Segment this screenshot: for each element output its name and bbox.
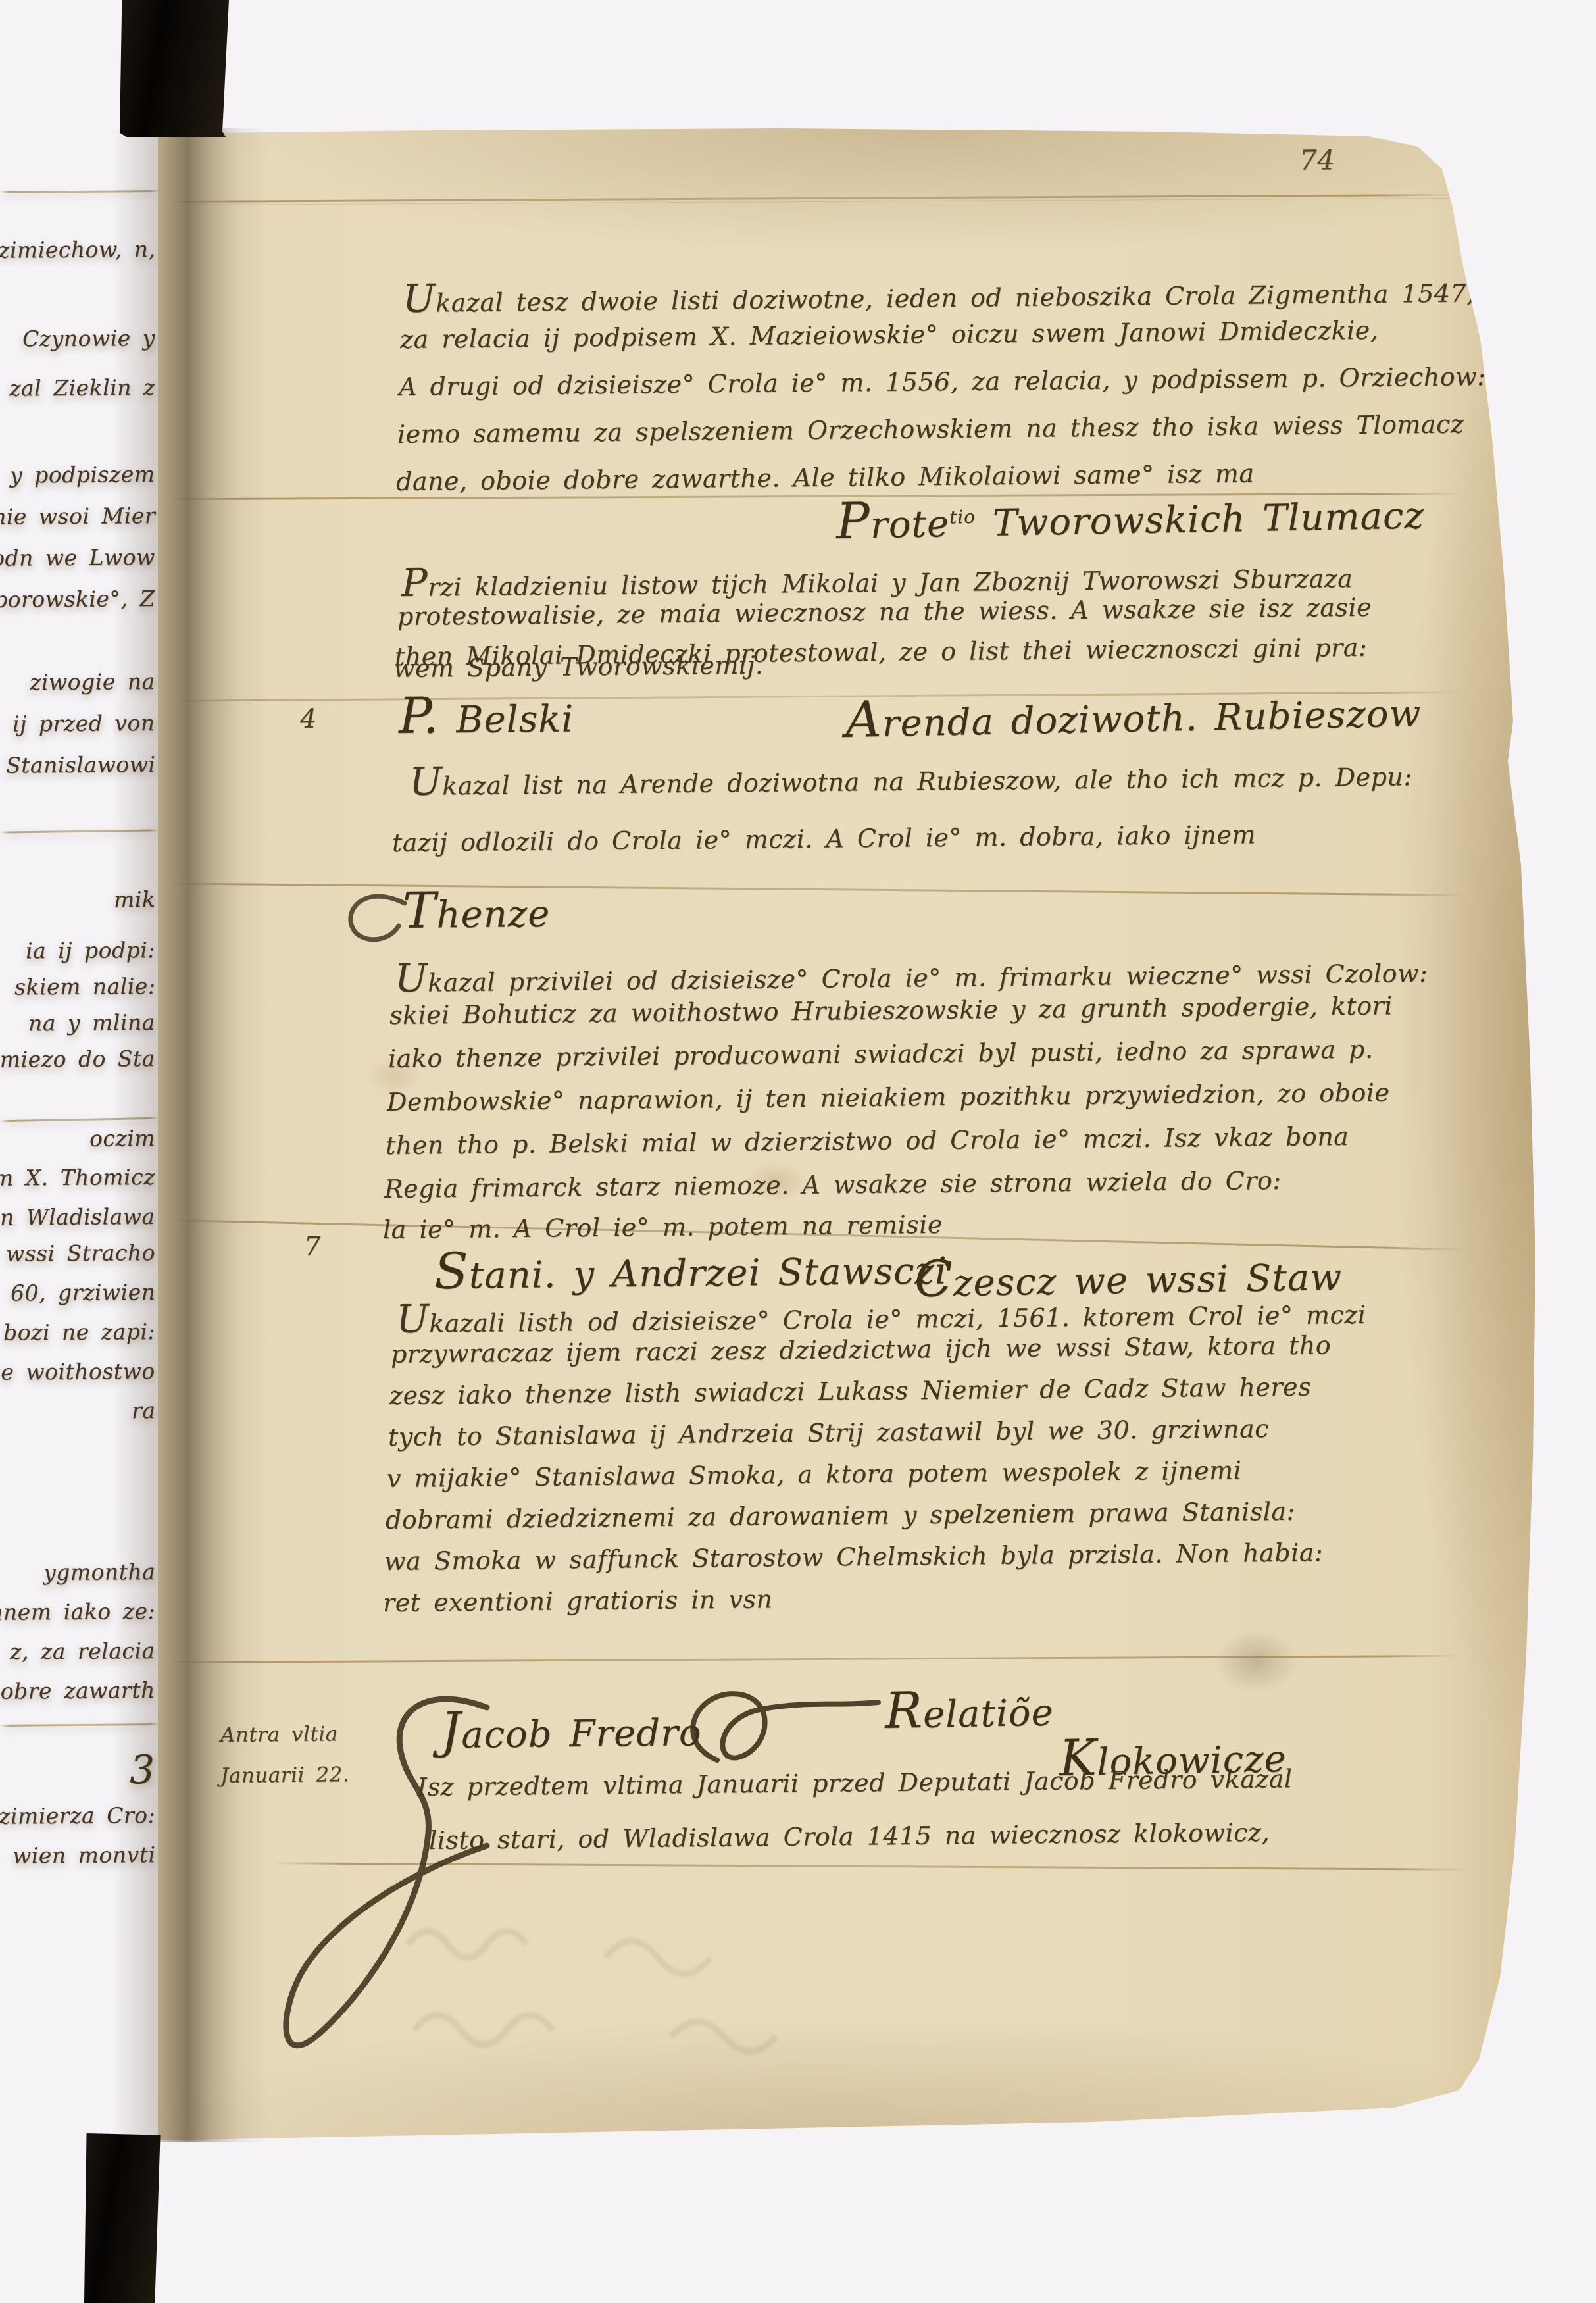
manuscript-line: zesz iako thenze listh swiadczi Lukass N…: [389, 1375, 1311, 1408]
manuscript-line: Stanislawowi: [5, 753, 155, 776]
manuscript-line: la ie° m. A Crol ie° m. potem na remisie: [383, 1212, 943, 1242]
entry-heading: Thenze: [403, 885, 551, 936]
manuscript-line: y podpiszem: [10, 463, 155, 486]
entry-heading: Stani. y Andrzei Stawsczi: [434, 1242, 948, 1297]
manuscript-line: Isz przedtem vltima Januarii przed Deput…: [417, 1766, 1293, 1800]
manuscript-line: skiem nalie:: [14, 975, 155, 998]
manuscript-line: v mijakie° Stanislawa Smoka, a ktora pot…: [387, 1458, 1242, 1491]
book-strap-bottom: [84, 2133, 162, 2303]
ruled-separator: [0, 829, 159, 833]
manuscript-line: wem Spany Tworowskiemij.: [393, 653, 764, 681]
ruled-separator: [164, 882, 1464, 896]
manuscript-line: iemo samemu za spelszeniem Orzechowskiem…: [397, 411, 1464, 447]
manuscript-line: dobrami dziedziznemi za darowaniem y spe…: [386, 1499, 1295, 1532]
manuscript-line: bozi ne zapi:: [3, 1321, 155, 1344]
manuscript-line: ie dobre zawarth: [0, 1679, 155, 1702]
ruled-separator: [0, 190, 159, 193]
manuscript-line: ret exentioni gratioris in vsn: [383, 1586, 773, 1615]
manuscript-line: na y mlina: [28, 1011, 155, 1034]
margin-entry-number: 7: [304, 1234, 321, 1260]
manuscript-line: skiei Bohuticz za woithostwo Hrubieszows…: [389, 993, 1393, 1028]
manuscript-line: then tho p. Belski mial w dzierzistwo od…: [386, 1124, 1349, 1158]
entry-heading: Jacob Fredro: [441, 1704, 702, 1756]
manuscript-line: ssem X. Thomicz: [0, 1166, 155, 1189]
heading-text: Prote: [836, 503, 950, 547]
ruled-separator: [270, 1862, 1467, 1871]
manuscript-line: ziwogie na: [30, 671, 155, 693]
entry-heading: oczim: [89, 1127, 155, 1150]
manuscript-line: Czynowie y: [22, 327, 155, 349]
manuscript-line: tych to Stanislawa ij Andrzeia Strij zas…: [388, 1416, 1269, 1450]
manuscript-line: ygmontha: [43, 1561, 156, 1583]
manuscript-line: Ukazal tesz dwoie listi doziwotne, ieden…: [403, 269, 1475, 318]
book-strap-top: [120, 0, 229, 137]
manuscript-line: ia ij podpi:: [26, 939, 155, 961]
manuscript-line: zimierza Cro:: [0, 1804, 155, 1827]
margin-entry-number: 4: [300, 706, 317, 732]
ruled-separator: [0, 1723, 159, 1727]
entry-heading: mik: [114, 888, 156, 910]
heading-abbreviation: tio: [949, 506, 976, 528]
bleed-through-ghost: [395, 1905, 987, 2076]
ruled-separator: [0, 1117, 159, 1123]
manuscript-line: Dembowskie° naprawion, ij ten nieiakiem …: [387, 1080, 1390, 1115]
manuscript-line: dane, oboie dobre zawarthe. Ale tilko Mi…: [396, 461, 1255, 494]
manuscript-line: zal Zieklin z: [9, 376, 155, 399]
manuscript-line: Ukazal przivilei od dzisieisze° Crola ie…: [395, 949, 1428, 998]
manuscript-line: porowskie°, Z: [0, 588, 155, 611]
manuscript-line: 60, grziwien: [10, 1281, 155, 1304]
manuscript-line: wien monvti: [12, 1844, 155, 1867]
manuscript-line: A drugi od dzisieisze° Crola ie° m. 1556…: [399, 364, 1486, 399]
manuscript-line: toxe woithostwo: [0, 1360, 155, 1383]
ruled-separator: [164, 1655, 1460, 1663]
manuscript-line: iako thenze przivilei producowani swiadc…: [388, 1037, 1374, 1071]
manuscript-line: ra: [131, 1400, 155, 1421]
manuscript-line: Regia frimarck starz niemoze. A wsakze s…: [384, 1168, 1282, 1202]
manuscript-line: tazij odlozili do Crola ie° mczi. A Crol…: [392, 822, 1256, 855]
manuscript-line: nie wsoi Mier: [0, 505, 155, 528]
entry-heading: P. Belski: [399, 690, 574, 741]
manuscript-line: za relacia ij podpisem X. Mazieiowskie° …: [400, 318, 1379, 352]
flourish-glyph: 3: [130, 1750, 155, 1790]
ruled-separator: [164, 194, 1454, 203]
folio-number: 74: [1299, 146, 1335, 174]
heading-text: Tworowskich Tlumacz: [976, 494, 1425, 545]
manuscript-line: odn we Lwow: [0, 546, 155, 569]
left-page-fragment: zimiechow, n, Czynowie y zal Zieklin z y…: [0, 128, 159, 2112]
manuscript-line: n miezo do Sta: [0, 1048, 155, 1071]
right-page: 74 Ukazal tesz dwoie listi doziwotne, ie…: [158, 128, 1539, 2142]
margin-date-note: Januarii 22.: [220, 1765, 349, 1786]
manuscript-line: i ij przed von: [0, 712, 155, 735]
manuscript-line: wa Smoka w saffunck Starostow Chelmskich…: [384, 1540, 1324, 1574]
manuscript-line: na wssi Stracho: [0, 1242, 155, 1265]
manuscript-line: listo stari, od Wladislawa Crola 1415 na…: [429, 1820, 1270, 1853]
entry-subject-heading: Arenda doziwoth. Rubieszow: [845, 684, 1422, 745]
scanned-manuscript-screenshot: { "document": { "kind": "handwritten man…: [0, 0, 1596, 2303]
manuscript-line: n Wladislawa: [0, 1205, 155, 1228]
relatione-flourish-text: Relatiõe: [884, 1684, 1054, 1736]
entry-heading: Protetio Tworowskich Tlumacz: [836, 486, 1425, 546]
manuscript-line: przywraczaz ijem raczi zesz dziedzictwa …: [391, 1332, 1331, 1367]
margin-date-note: Antra vltia: [220, 1724, 338, 1746]
manuscript-line: amnem iako ze:: [0, 1600, 155, 1623]
manuscript-line: zimiechow, n,: [0, 238, 155, 261]
manuscript-line: z, za relacia: [10, 1640, 155, 1663]
manuscript-line: Ukazal list na Arende doziwotna na Rubie…: [409, 753, 1412, 801]
